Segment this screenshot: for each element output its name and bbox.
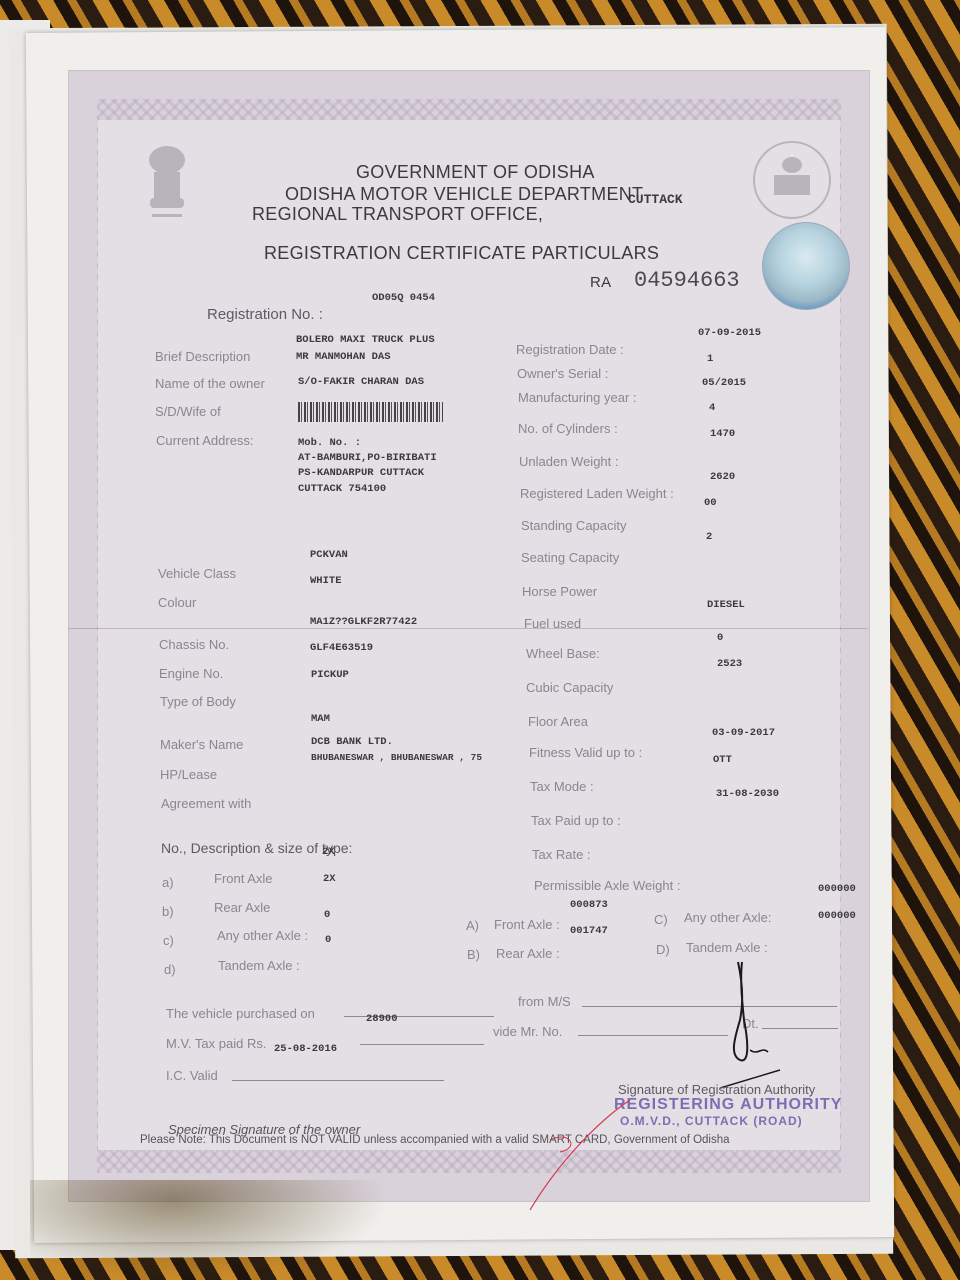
field-value-wheel-base: 0 <box>717 632 723 644</box>
tyre-value-other-axle: 0 <box>325 934 331 946</box>
field-value-hp-lease: DCB BANK LTD. <box>311 736 393 748</box>
registration-number: OD05Q 0454 <box>372 292 435 304</box>
header-line2: ODISHA MOTOR VEHICLE DEPARTMENT <box>285 184 643 205</box>
field-value-seating-capacity: 2 <box>706 531 712 543</box>
validity-note: Please Note: This Document is NOT VALID … <box>140 1134 730 1146</box>
address-line2: PS-KANDARPUR CUTTACK <box>298 467 424 479</box>
field-label-maker-name: Maker's Name <box>160 737 243 752</box>
field-label-colour: Colour <box>158 595 196 610</box>
axle-weight-rear-key: B) <box>467 947 480 962</box>
tyres-value: 2X <box>322 846 335 858</box>
tyre-label-rear-axle: Rear Axle <box>214 900 270 915</box>
tyre-key-a: a) <box>162 875 174 890</box>
field-value-vehicle-class: PCKVAN <box>310 549 348 561</box>
field-label-wheel-base: Wheel Base: <box>526 646 600 661</box>
ic-valid-label: I.C. Valid <box>166 1068 218 1083</box>
field-value-cubic-capacity: 2523 <box>717 658 742 670</box>
field-label-registration-date: Registration Date : <box>516 342 624 357</box>
axle-weight-front-label: Front Axle : <box>494 917 560 932</box>
field-value-agreement-with: BHUBANESWAR , BHUBANESWAR , 75 <box>311 752 482 763</box>
field-value-owner-name: MR MANMOHAN DAS <box>296 351 391 363</box>
axle-weight-label: Permissible Axle Weight : <box>534 878 680 893</box>
field-value-fitness-valid: 03-09-2017 <box>712 727 775 739</box>
field-label-tax-rate: Tax Rate : <box>532 847 591 862</box>
vide-line <box>578 1035 728 1036</box>
tax-paid-value: 25-08-2016 <box>274 1043 337 1055</box>
field-label-cylinders: No. of Cylinders : <box>518 421 618 436</box>
office-overprint: CUTTACK <box>628 192 683 207</box>
field-value-registration-date: 07-09-2015 <box>698 327 761 339</box>
field-label-vehicle-class: Vehicle Class <box>158 566 236 581</box>
field-value-tax-mode: OTT <box>713 754 732 766</box>
axle-weight-tandem-value: 000000 <box>818 910 856 922</box>
certificate-title: REGISTRATION CERTIFICATE PARTICULARS <box>264 243 659 264</box>
field-label-engine-no: Engine No. <box>159 666 223 681</box>
tax-paid-label: M.V. Tax paid Rs. <box>166 1036 266 1051</box>
field-value-engine-no: GLF4E63519 <box>310 642 373 654</box>
ic-valid-line <box>232 1080 444 1081</box>
field-value-type-of-body: PICKUP <box>311 669 349 681</box>
field-value-owner-serial: 1 <box>707 353 713 365</box>
field-label-relation: S/D/Wife of <box>155 404 221 419</box>
axle-weight-tandem-key: D) <box>656 942 670 957</box>
registration-label: Registration No. : <box>207 306 323 323</box>
authority-signature-label: Signature of Registration Authority <box>618 1082 815 1097</box>
axle-weight-rear-label: Rear Axle : <box>496 946 560 961</box>
field-label-laden-weight: Registered Laden Weight : <box>520 486 674 501</box>
field-label-hp-lease: HP/Lease <box>160 767 217 782</box>
fold-crease <box>68 628 868 629</box>
field-label-chassis-no: Chassis No. <box>159 637 229 652</box>
ra-number: 04594663 <box>634 268 740 293</box>
ra-prefix: RA <box>590 274 611 291</box>
from-line <box>582 1006 837 1007</box>
field-value-chassis-no: MA1Z??GLKF2R77422 <box>310 616 417 628</box>
photo-shadow <box>30 1180 390 1280</box>
header-line1: GOVERNMENT OF ODISHA <box>356 162 595 183</box>
field-label-type-of-body: Type of Body <box>160 694 236 709</box>
red-pen-mark <box>520 1100 640 1220</box>
axle-weight-other-key: C) <box>654 912 668 927</box>
stamp-line2: O.M.V.D., CUTTACK (ROAD) <box>620 1114 803 1128</box>
field-value-colour: WHITE <box>310 575 342 587</box>
field-label-tax-paid-upto: Tax Paid up to : <box>531 813 621 828</box>
field-label-manufacturing-year: Manufacturing year : <box>518 390 637 405</box>
header-line3: REGIONAL TRANSPORT OFFICE, <box>252 204 543 225</box>
field-value-standing-capacity: 00 <box>704 497 717 509</box>
address-line3: CUTTACK 754100 <box>298 483 386 495</box>
field-label-unladen-weight: Unladen Weight : <box>519 454 619 469</box>
axle-weight-other-label: Any other Axle: <box>684 910 771 925</box>
field-label-seating-capacity: Seating Capacity <box>521 550 619 565</box>
tyre-key-c: c) <box>163 933 174 948</box>
field-value-manufacturing-year: 05/2015 <box>702 377 746 389</box>
tyre-value-front-axle: 2X <box>323 873 336 885</box>
tyre-key-d: d) <box>164 962 176 977</box>
field-value-fuel-used: DIESEL <box>707 599 745 611</box>
odisha-emblem-icon <box>752 135 832 225</box>
from-label: from M/S <box>518 994 571 1009</box>
axle-weight-other-value: 000000 <box>818 883 856 895</box>
field-value-cylinders: 4 <box>709 402 715 414</box>
tyre-key-b: b) <box>162 904 174 919</box>
field-label-agreement-with: Agreement with <box>161 796 251 811</box>
field-value-unladen-weight: 1470 <box>710 428 735 440</box>
field-label-fuel-used: Fuel used <box>524 616 581 631</box>
security-hologram <box>762 222 850 310</box>
purchased-label: The vehicle purchased on <box>166 1006 315 1021</box>
tyre-label-front-axle: Front Axle <box>214 871 273 886</box>
barcode <box>298 402 443 422</box>
field-label-brief-description: Brief Description <box>155 349 250 364</box>
field-value-maker-name: MAM <box>311 713 330 725</box>
purchased-value: 28900 <box>366 1013 398 1025</box>
field-label-owner-serial: Owner's Serial : <box>517 366 608 381</box>
field-label-fitness-valid: Fitness Valid up to : <box>529 745 642 760</box>
field-label-owner-name: Name of the owner <box>155 376 265 391</box>
field-label-tax-mode: Tax Mode : <box>530 779 594 794</box>
authority-signature <box>720 960 790 1090</box>
field-value-relation: S/O-FAKIR CHARAN DAS <box>298 376 424 388</box>
field-label-horse-power: Horse Power <box>522 584 597 599</box>
address-mobile: Mob. No. : <box>298 437 361 449</box>
tax-paid-line <box>360 1044 484 1045</box>
field-label-current-address: Current Address: <box>156 433 254 448</box>
field-value-tax-paid-upto: 31-08-2030 <box>716 788 779 800</box>
field-label-standing-capacity: Standing Capacity <box>521 518 627 533</box>
field-label-cubic-capacity: Cubic Capacity <box>526 680 613 695</box>
ashoka-emblem-icon <box>140 140 195 225</box>
axle-weight-front-key: A) <box>466 918 479 933</box>
stamp-line1: REGISTERING AUTHORITY <box>614 1096 842 1114</box>
vide-label: vide Mr. No. <box>493 1024 562 1039</box>
tyre-label-other-axle: Any other Axle : <box>217 928 308 943</box>
tyre-value-rear-axle: 0 <box>324 909 330 921</box>
field-value-laden-weight: 2620 <box>710 471 735 483</box>
axle-weight-front-value: 000873 <box>570 899 608 911</box>
address-line1: AT-BAMBURI,PO-BIRIBATI <box>298 452 437 464</box>
axle-weight-rear-value: 001747 <box>570 925 608 937</box>
field-value-brief-description: BOLERO MAXI TRUCK PLUS <box>296 334 435 346</box>
tyre-label-tandem-axle: Tandem Axle : <box>218 958 300 973</box>
axle-weight-tandem-label: Tandem Axle : <box>686 940 768 955</box>
field-label-floor-area: Floor Area <box>528 714 588 729</box>
